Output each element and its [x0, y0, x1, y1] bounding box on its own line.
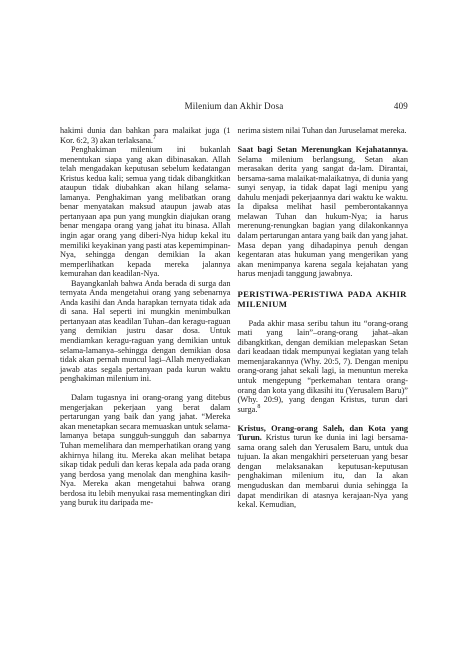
page-header: Milenium dan Akhir Dosa 409 — [60, 101, 408, 111]
paragraph: Kristus, Orang-orang Saleh, dan Kota yan… — [238, 424, 409, 510]
text-column-right: nerima sistem nilai Tuhan dan Juruselama… — [238, 126, 409, 510]
text-body: hakimi dunia dan bahkan para malaikat ju… — [60, 126, 408, 510]
paragraph: hakimi dunia dan bahkan para malaikat ju… — [60, 126, 231, 145]
paragraph: Saat bagi Setan Merenungkan Kejahatannya… — [238, 145, 409, 279]
run-in-heading: Saat bagi Setan Merenungkan Kejahatannya… — [238, 145, 409, 154]
page-number: 409 — [348, 101, 408, 111]
footnote-marker: 8 — [257, 404, 260, 410]
paragraph: nerima sistem nilai Tuhan dan Juruselama… — [238, 126, 409, 136]
run-in-heading: Kristus, Orang-orang Saleh, dan Kota yan… — [238, 424, 409, 443]
paragraph: Bayangkanlah bahwa Anda berada di surga … — [60, 279, 231, 384]
footnote-marker: 7 — [153, 135, 156, 141]
paragraph: Pada akhir masa seribu tahun itu “orang-… — [238, 319, 409, 414]
text-column-left: hakimi dunia dan bahkan para malaikat ju… — [60, 126, 231, 510]
paragraph: Dalam tugasnya ini orang-orang yang dite… — [60, 393, 231, 508]
book-page: Milenium dan Akhir Dosa 409 hakimi dunia… — [0, 0, 460, 650]
running-title: Milenium dan Akhir Dosa — [120, 101, 348, 111]
paragraph: Penghakiman milenium ini bukanlah menent… — [60, 145, 231, 279]
section-heading: PERISTIWA-PERISTIWA PADA AKHIR MILENIUM — [238, 289, 409, 310]
